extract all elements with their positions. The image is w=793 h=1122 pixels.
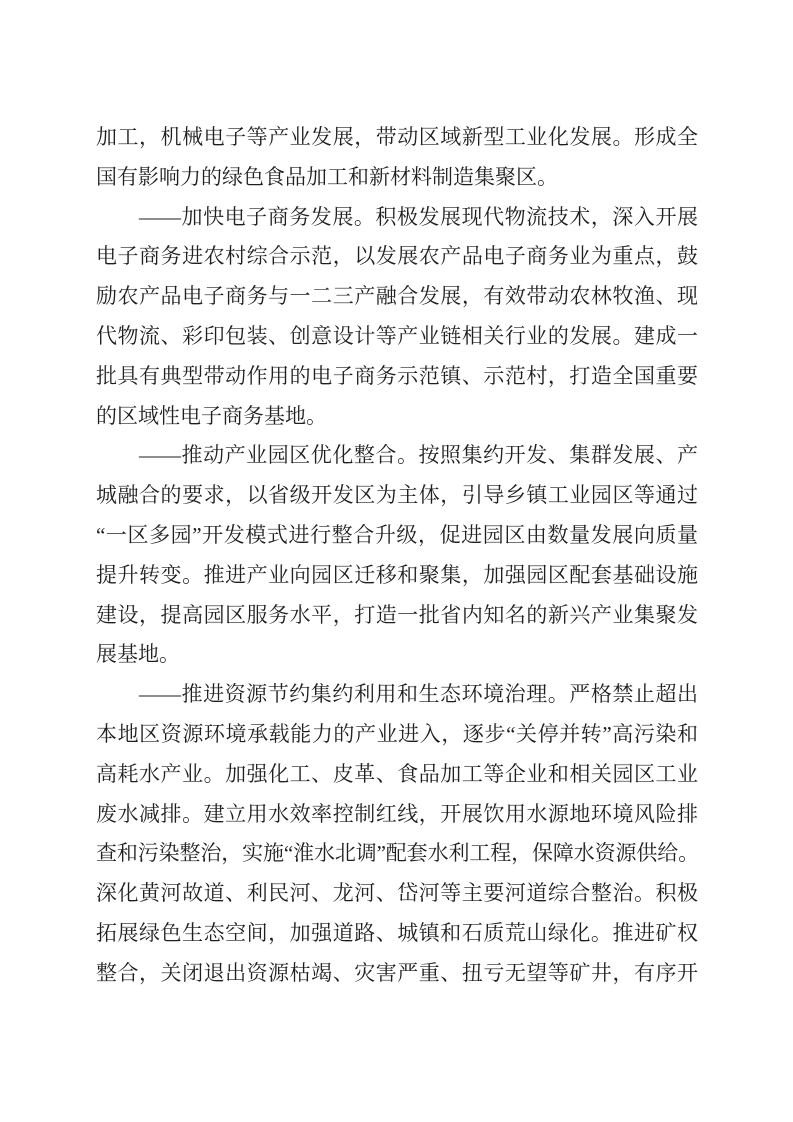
text-line: 批具有典型带动作用的电子商务示范镇、示范村，打造全国重要 (96, 357, 698, 397)
text-line: 励农产品电子商务与一二三产融合发展，有效带动农林牧渔、现 (96, 277, 698, 317)
text-line: ——加快电子商务发展。积极发展现代物流技术，深入开展 (96, 198, 698, 238)
text-line: 展基地。 (96, 635, 698, 675)
text-line: 代物流、彩印包装、创意设计等产业链相关行业的发展。建成一 (96, 317, 698, 357)
text-line: 加工，机械电子等产业发展，带动区域新型工业化发展。形成全 (96, 118, 698, 158)
text-line: 废水减排。建立用水效率控制红线，开展饮用水源地环境风险排 (96, 795, 698, 835)
text-line: 提升转变。推进产业向园区迁移和聚集，加强园区配套基础设施 (96, 556, 698, 596)
document-page: 加工，机械电子等产业发展，带动区域新型工业化发展。形成全国有影响力的绿色食品加工… (0, 0, 793, 1122)
text-line: 电子商务进农村综合示范，以发展农产品电子商务业为重点，鼓 (96, 237, 698, 277)
text-line: 城融合的要求，以省级开发区为主体，引导乡镇工业园区等通过 (96, 476, 698, 516)
text-line: ——推进资源节约集约利用和生态环境治理。严格禁止超出 (96, 675, 698, 715)
text-line: 国有影响力的绿色食品加工和新材料制造集聚区。 (96, 158, 698, 198)
text-line: 深化黄河故道、利民河、龙河、岱河等主要河道综合整治。积极 (96, 874, 698, 914)
text-line: “一区多园”开发模式进行整合升级，促进园区由数量发展向质量 (96, 516, 698, 556)
text-line: 拓展绿色生态空间，加强道路、城镇和石质荒山绿化。推进矿权 (96, 914, 698, 954)
text-line: 整合，关闭退出资源枯竭、灾害严重、扭亏无望等矿井，有序开 (96, 954, 698, 994)
text-line: 查和污染整治，实施“淮水北调”配套水利工程，保障水资源供给。 (96, 834, 698, 874)
text-line: 高耗水产业。加强化工、皮革、食品加工等企业和相关园区工业 (96, 755, 698, 795)
text-line: 本地区资源环境承载能力的产业进入，逐步“关停并转”高污染和 (96, 715, 698, 755)
text-line: 建设，提高园区服务水平，打造一批省内知名的新兴产业集聚发 (96, 596, 698, 636)
text-line: 的区域性电子商务基地。 (96, 397, 698, 437)
text-line: ——推动产业园区优化整合。按照集约开发、集群发展、产 (96, 436, 698, 476)
document-body: 加工，机械电子等产业发展，带动区域新型工业化发展。形成全国有影响力的绿色食品加工… (96, 118, 698, 994)
